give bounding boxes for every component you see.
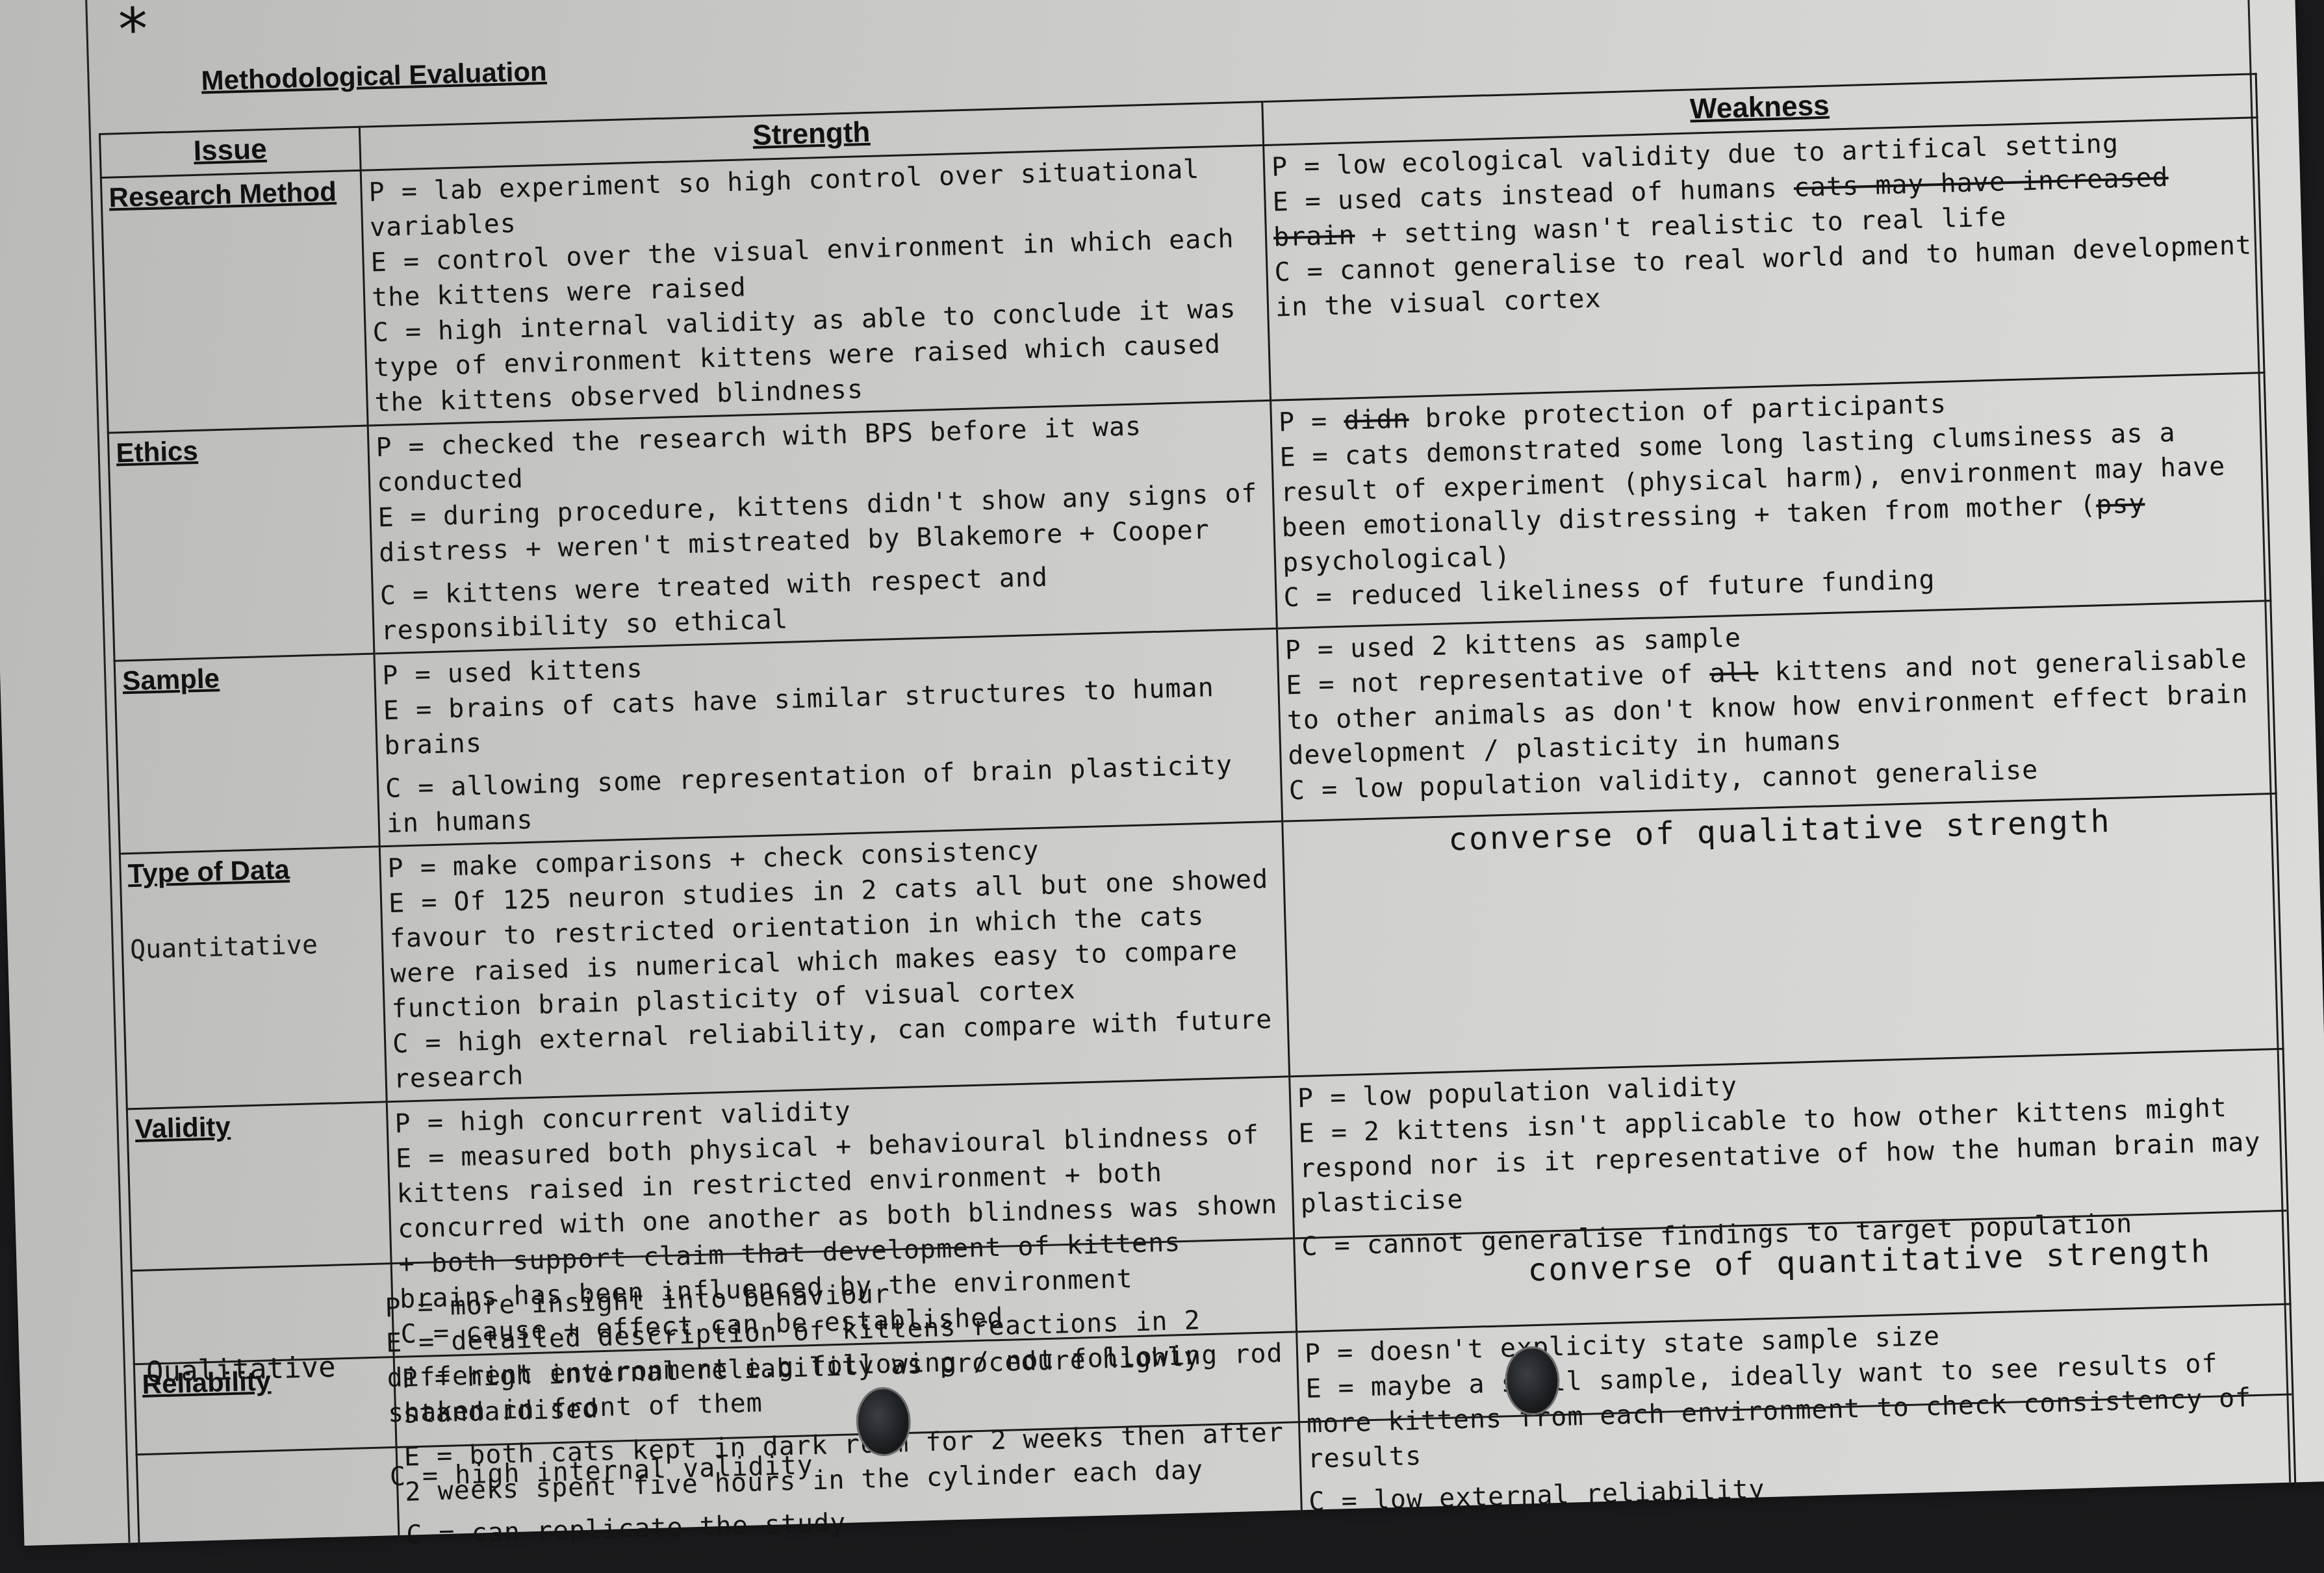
strength-cell: P = checked the research with BPS before… <box>368 400 1277 654</box>
asterisk-icon: * <box>118 0 149 64</box>
issue-cell: Sample <box>114 654 379 854</box>
weakness-cell: P = used 2 kittens as sample E = not rep… <box>1277 600 2276 821</box>
evidence-line: E = Of 125 neuron studies in 2 cats all … <box>388 862 1279 1027</box>
strength-cell: P = used kittens E = brains of cats have… <box>374 628 1283 847</box>
crossed-out-text: all <box>1709 658 1759 689</box>
crossed-out-text: didn <box>1344 404 1410 436</box>
issue-label: Validity <box>134 1107 380 1145</box>
issue-cell: Research Method <box>101 170 368 433</box>
column-header-issue: Issue <box>99 127 361 177</box>
weakness-cell: P = didn broke protection of participant… <box>1271 373 2271 629</box>
issue-label: Ethics <box>116 431 361 469</box>
qualitative-conclusion: C = high internal validity <box>389 1448 813 1494</box>
punch-hole-icon <box>1504 1346 1561 1416</box>
issue-sub-label: Quantitative <box>129 928 375 966</box>
evidence-text: E = cats demonstrated some long lasting … <box>1279 418 2226 543</box>
document-title: Methodological Evaluation <box>201 56 547 97</box>
evidence-text-cont: psychological) <box>1282 542 1511 578</box>
issue-cell: Ethics <box>108 426 374 661</box>
worksheet-page: * Methodological Evaluation Issue Streng… <box>0 0 2324 1494</box>
qualitative-weakness: converse of quantitative strength <box>1527 1233 2212 1288</box>
issue-label: Research Method <box>109 175 354 214</box>
strength-cell: P = lab experiment so high control over … <box>361 145 1270 426</box>
qualitative-label: Qualitative <box>146 1351 336 1389</box>
issue-label: Type of Data <box>127 852 373 890</box>
point-label: P = <box>1278 406 1328 437</box>
crossed-out-text: psy <box>2096 489 2146 520</box>
weakness-cell: P = low ecological validity due to artif… <box>1264 118 2264 401</box>
weakness-cell: converse of qualitative strength <box>1283 793 2283 1077</box>
strength-cell: P = make comparisons + check consistency… <box>379 821 1289 1102</box>
evidence-line: E = cats demonstrated some long lasting … <box>1279 413 2262 580</box>
issue-cell: Type of Data Quantitative <box>120 847 387 1109</box>
issue-label: Sample <box>122 659 368 697</box>
